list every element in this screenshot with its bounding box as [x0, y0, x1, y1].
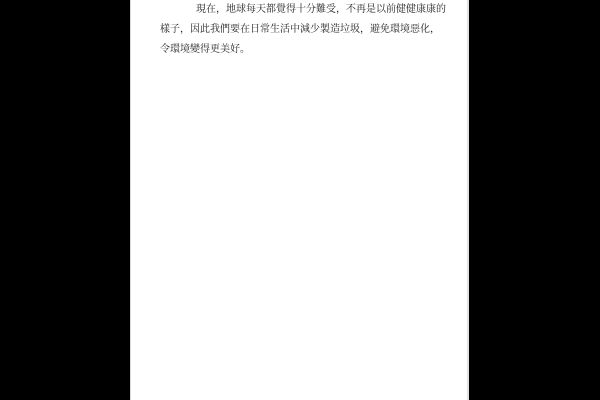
paragraph: 現在，地球每天都覺得十分難受，不再是以前健健康康的 樣子，因此我們要在日常生活中…: [160, 0, 446, 60]
screenshot-canvas: 現在，地球每天都覺得十分難受，不再是以前健健康康的 樣子，因此我們要在日常生活中…: [0, 0, 600, 400]
right-black-bar: [469, 0, 600, 400]
left-black-bar: [0, 0, 130, 400]
document-page: 現在，地球每天都覺得十分難受，不再是以前健健康康的 樣子，因此我們要在日常生活中…: [130, 0, 469, 400]
paragraph-line-2: 樣子，因此我們要在日常生活中減少製造垃圾，避免環境惡化，: [160, 20, 446, 40]
paragraph-line-3: 令環境變得更美好。: [160, 40, 446, 60]
paragraph-line-1: 現在，地球每天都覺得十分難受，不再是以前健健康康的: [160, 0, 446, 20]
